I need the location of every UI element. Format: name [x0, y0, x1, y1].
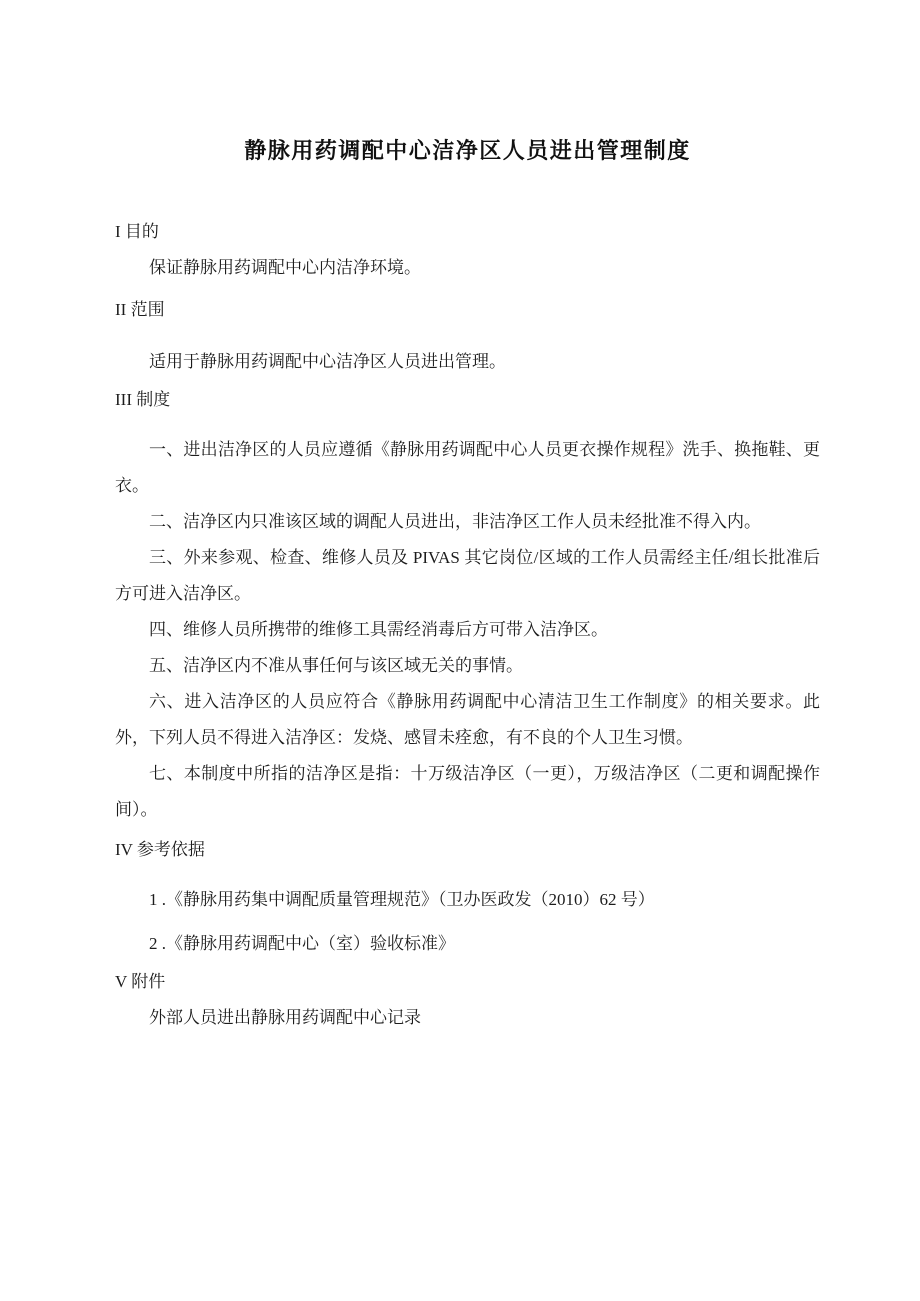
attachment-item: 外部人员进出静脉用药调配中心记录 [115, 1000, 820, 1036]
section-rules: III 制度 一、进出洁净区的人员应遵循《静脉用药调配中心人员更衣操作规程》洗手… [115, 382, 820, 828]
section-heading-scope: II 范围 [115, 292, 820, 328]
section-heading-attachments: V 附件 [115, 964, 820, 1000]
section-heading-rules: III 制度 [115, 382, 820, 418]
document-title: 静脉用药调配中心洁净区人员进出管理制度 [115, 136, 820, 166]
rule-item-1: 一、进出洁净区的人员应遵循《静脉用药调配中心人员更衣操作规程》洗手、换拖鞋、更衣… [115, 432, 820, 504]
section-scope: II 范围 适用于静脉用药调配中心洁净区人员进出管理。 [115, 292, 820, 380]
rule-item-4: 四、维修人员所携带的维修工具需经消毒后方可带入洁净区。 [115, 612, 820, 648]
paragraph-purpose: 保证静脉用药调配中心内洁净环境。 [115, 250, 820, 286]
reference-item-1: 1 .《静脉用药集中调配质量管理规范》（卫办医政发（2010）62 号） [115, 882, 820, 918]
rule-item-6: 六、进入洁净区的人员应符合《静脉用药调配中心清洁卫生工作制度》的相关要求。此外，… [115, 684, 820, 756]
rule-item-2: 二、洁净区内只准该区域的调配人员进出，非洁净区工作人员未经批准不得入内。 [115, 504, 820, 540]
reference-item-2: 2 .《静脉用药调配中心（室）验收标准》 [115, 926, 820, 962]
section-heading-references: IV 参考依据 [115, 832, 820, 868]
section-references: IV 参考依据 1 .《静脉用药集中调配质量管理规范》（卫办医政发（2010）6… [115, 832, 820, 962]
section-purpose: I 目的 保证静脉用药调配中心内洁净环境。 [115, 214, 820, 286]
rule-item-5: 五、洁净区内不准从事任何与该区域无关的事情。 [115, 648, 820, 684]
document-page: 静脉用药调配中心洁净区人员进出管理制度 I 目的 保证静脉用药调配中心内洁净环境… [0, 0, 920, 1301]
section-attachments: V 附件 外部人员进出静脉用药调配中心记录 [115, 964, 820, 1036]
section-heading-purpose: I 目的 [115, 214, 820, 250]
rule-item-3: 三、外来参观、检查、维修人员及 PIVAS 其它岗位/区域的工作人员需经主任/组… [115, 540, 820, 612]
rule-item-7: 七、本制度中所指的洁净区是指：十万级洁净区（一更），万级洁净区（二更和调配操作间… [115, 756, 820, 828]
paragraph-scope: 适用于静脉用药调配中心洁净区人员进出管理。 [115, 344, 820, 380]
